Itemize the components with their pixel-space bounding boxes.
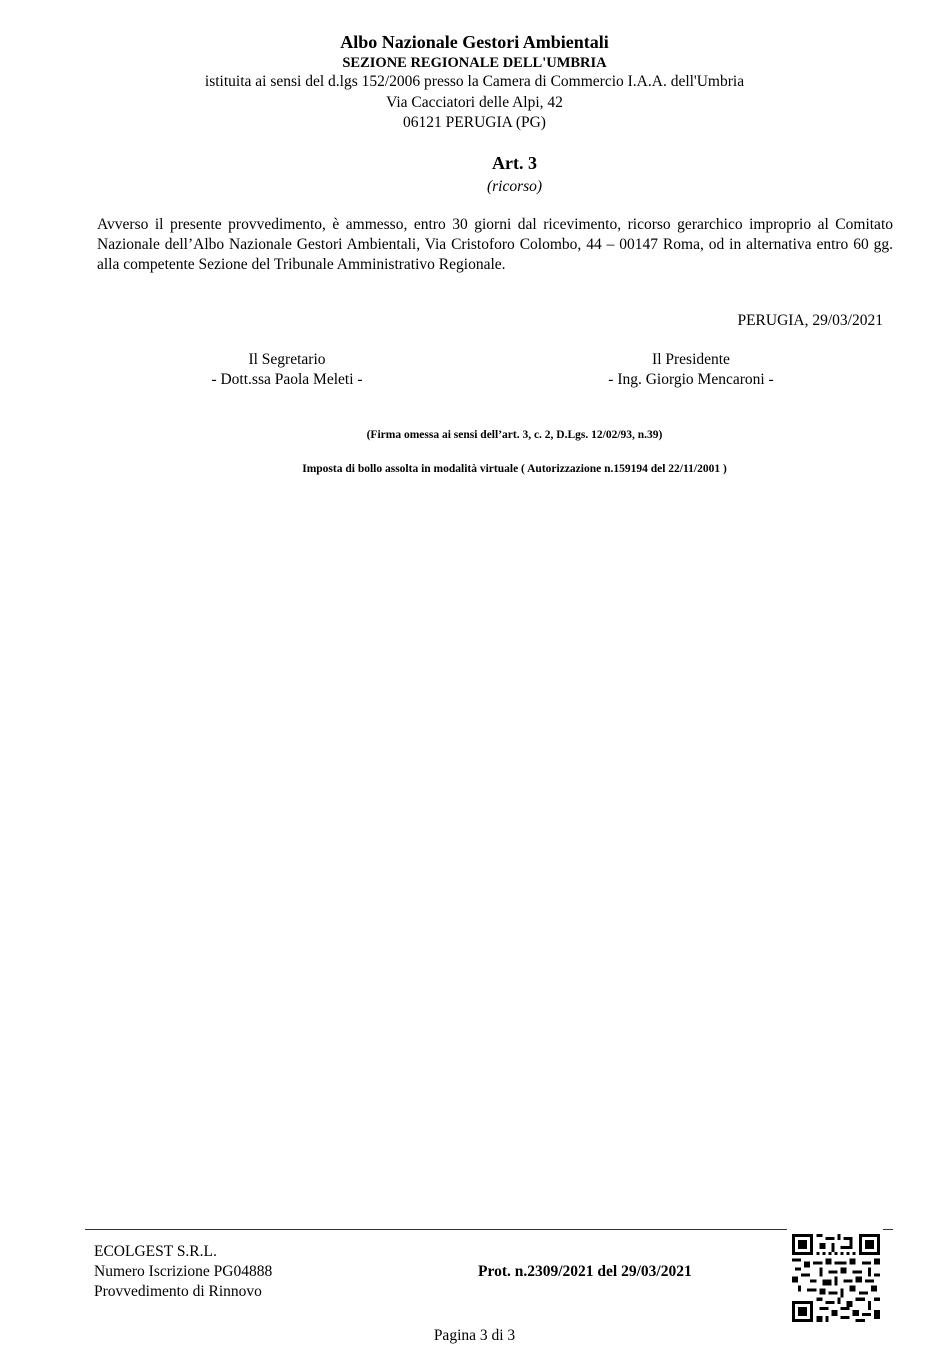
article-subtitle: (ricorso) bbox=[40, 177, 949, 197]
footer-protocol: Prot. n.2309/2021 del 29/03/2021 bbox=[478, 1262, 692, 1282]
footer-registration: Numero Iscrizione PG04888 bbox=[94, 1262, 272, 1282]
header-address: Via Cacciatori delle Alpi, 42 bbox=[0, 93, 949, 113]
header-section: SEZIONE REGIONALE DELL'UMBRIA bbox=[0, 54, 949, 72]
footer-measure: Provvedimento di Rinnovo bbox=[94, 1282, 272, 1302]
header-city: 06121 PERUGIA (PG) bbox=[0, 113, 949, 133]
signature-omitted-note: (Firma omessa ai sensi dell’art. 3, c. 2… bbox=[40, 428, 949, 442]
page-number: Pagina 3 di 3 bbox=[0, 1326, 949, 1346]
signature-secretary: Il Segretario - Dott.ssa Paola Meleti - bbox=[157, 350, 417, 390]
footer-divider bbox=[85, 1229, 787, 1230]
article-title: Art. 3 bbox=[40, 152, 949, 174]
signature-role: Il Segretario bbox=[157, 350, 417, 370]
signature-name: - Ing. Giorgio Mencaroni - bbox=[561, 370, 821, 390]
signature-name: - Dott.ssa Paola Meleti - bbox=[157, 370, 417, 390]
place-date: PERUGIA, 29/03/2021 bbox=[737, 311, 883, 331]
stamp-duty-note: Imposta di bollo assolta in modalità vir… bbox=[40, 462, 949, 476]
header-institution: istituita ai sensi del d.lgs 152/2006 pr… bbox=[0, 72, 949, 92]
header-title: Albo Nazionale Gestori Ambientali bbox=[0, 31, 949, 53]
footer-company-block: ECOLGEST S.R.L. Numero Iscrizione PG0488… bbox=[94, 1242, 272, 1302]
footer-company: ECOLGEST S.R.L. bbox=[94, 1242, 272, 1262]
qr-code-icon bbox=[792, 1234, 880, 1322]
article-body: Avverso il presente provvedimento, è amm… bbox=[97, 215, 893, 275]
footer-divider-right bbox=[883, 1229, 893, 1230]
signature-president: Il Presidente - Ing. Giorgio Mencaroni - bbox=[561, 350, 821, 390]
signature-role: Il Presidente bbox=[561, 350, 821, 370]
